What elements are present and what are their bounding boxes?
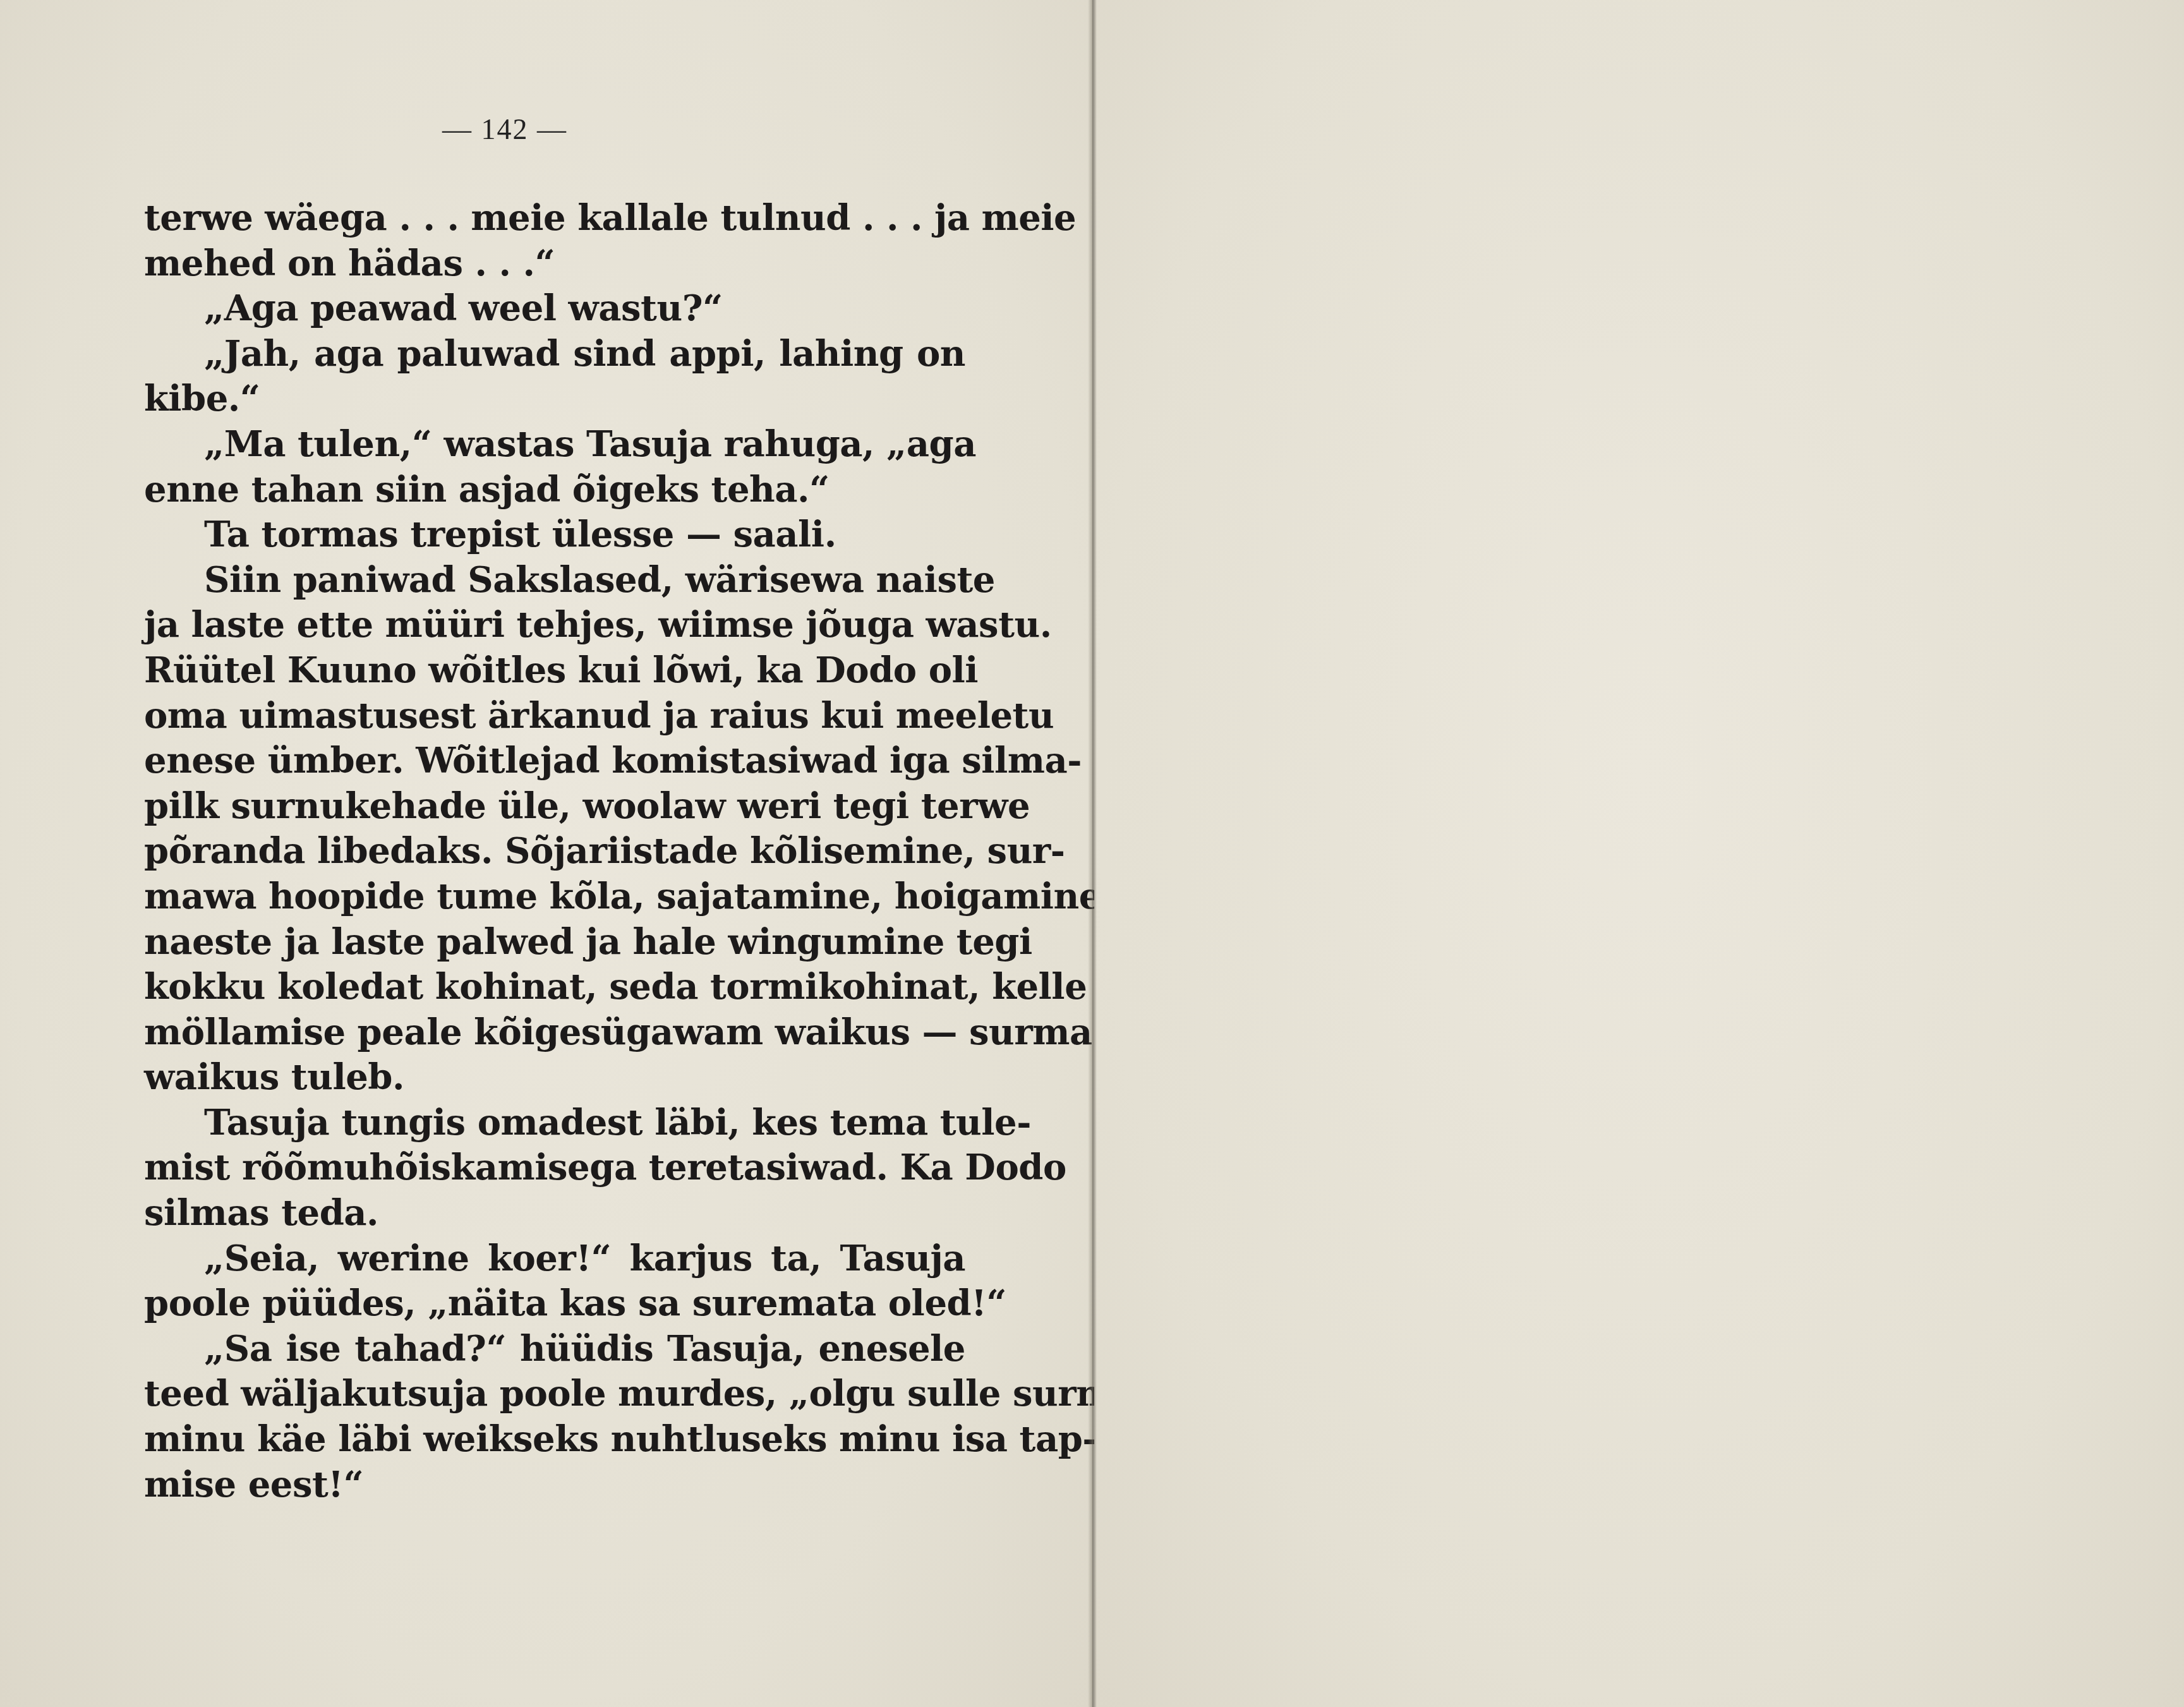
text-line: kibe.“ (144, 377, 965, 422)
text-line: Rüütel Kuuno wõitles kui lõwi, ka Dodo o… (144, 648, 965, 694)
text-line: kokku koledat kohinat, seda tormikohinat… (144, 965, 965, 1010)
text-line: mist rõõmuhõiskamisega teretasiwad. Ka D… (144, 1145, 965, 1191)
text-line: mehed on hädas . . .“ (144, 241, 965, 287)
text-line: mawa hoopide tume kõla, sajatamine, hoig… (144, 874, 965, 920)
left-page-text: terwe wäega . . . meie kallale tulnud . … (144, 196, 965, 1507)
text-line: „Aga peawad weel wastu?“ (144, 286, 965, 332)
text-line: mise eest!“ (144, 1463, 965, 1508)
text-line: „Seia, werine koer!“ karjus ta, Tasuja (144, 1236, 965, 1282)
book-gutter (1088, 0, 1097, 1707)
text-line: möllamise peale kõigesügawam waikus — su… (144, 1010, 965, 1056)
text-line: „Ma tulen,“ wastas Tasuja rahuga, „aga (144, 422, 965, 467)
text-line: Siin paniwad Sakslased, wärisewa naiste (144, 558, 965, 603)
text-line: põranda libedaks. Sõjariistade kõlisemin… (144, 829, 965, 874)
text-line: silmas teda. (144, 1191, 965, 1236)
text-line: enne tahan siin asjad õigeks teha.“ (144, 467, 965, 513)
text-line: Tasuja tungis omadest läbi, kes tema tul… (144, 1101, 965, 1146)
text-line: „Jah, aga paluwad sind appi, lahing on (144, 332, 965, 377)
left-page: — 142 — terwe wäega . . . meie kallale t… (0, 0, 1093, 1707)
text-line: terwe wäega . . . meie kallale tulnud . … (144, 196, 965, 241)
right-page: — 143 — Nende mõegad kõlisesiwad kokku..… (1094, 0, 2184, 1707)
text-line: enese ümber. Wõitlejad komistasiwad iga … (144, 739, 965, 784)
text-line: oma uimastusest ärkanud ja raius kui mee… (144, 694, 965, 739)
text-line: teed wäljakutsuja poole murdes, „olgu su… (144, 1372, 965, 1417)
text-line: poole püüdes, „näita kas sa suremata ole… (144, 1281, 965, 1327)
text-line: ja laste ette müüri tehjes, wiimse jõuga… (144, 603, 965, 648)
page-number-left: — 142 — (442, 112, 567, 146)
text-line: naeste ja laste palwed ja hale wingumine… (144, 920, 965, 965)
text-line: Ta tormas trepist ülesse — saali. (144, 512, 965, 558)
text-line: „Sa ise tahad?“ hüüdis Tasuja, enesele (144, 1327, 965, 1372)
text-line: minu käe läbi weikseks nuhtluseks minu i… (144, 1417, 965, 1463)
text-line: pilk surnukehade üle, woolaw weri tegi t… (144, 784, 965, 829)
text-line: waikus tuleb. (144, 1055, 965, 1101)
